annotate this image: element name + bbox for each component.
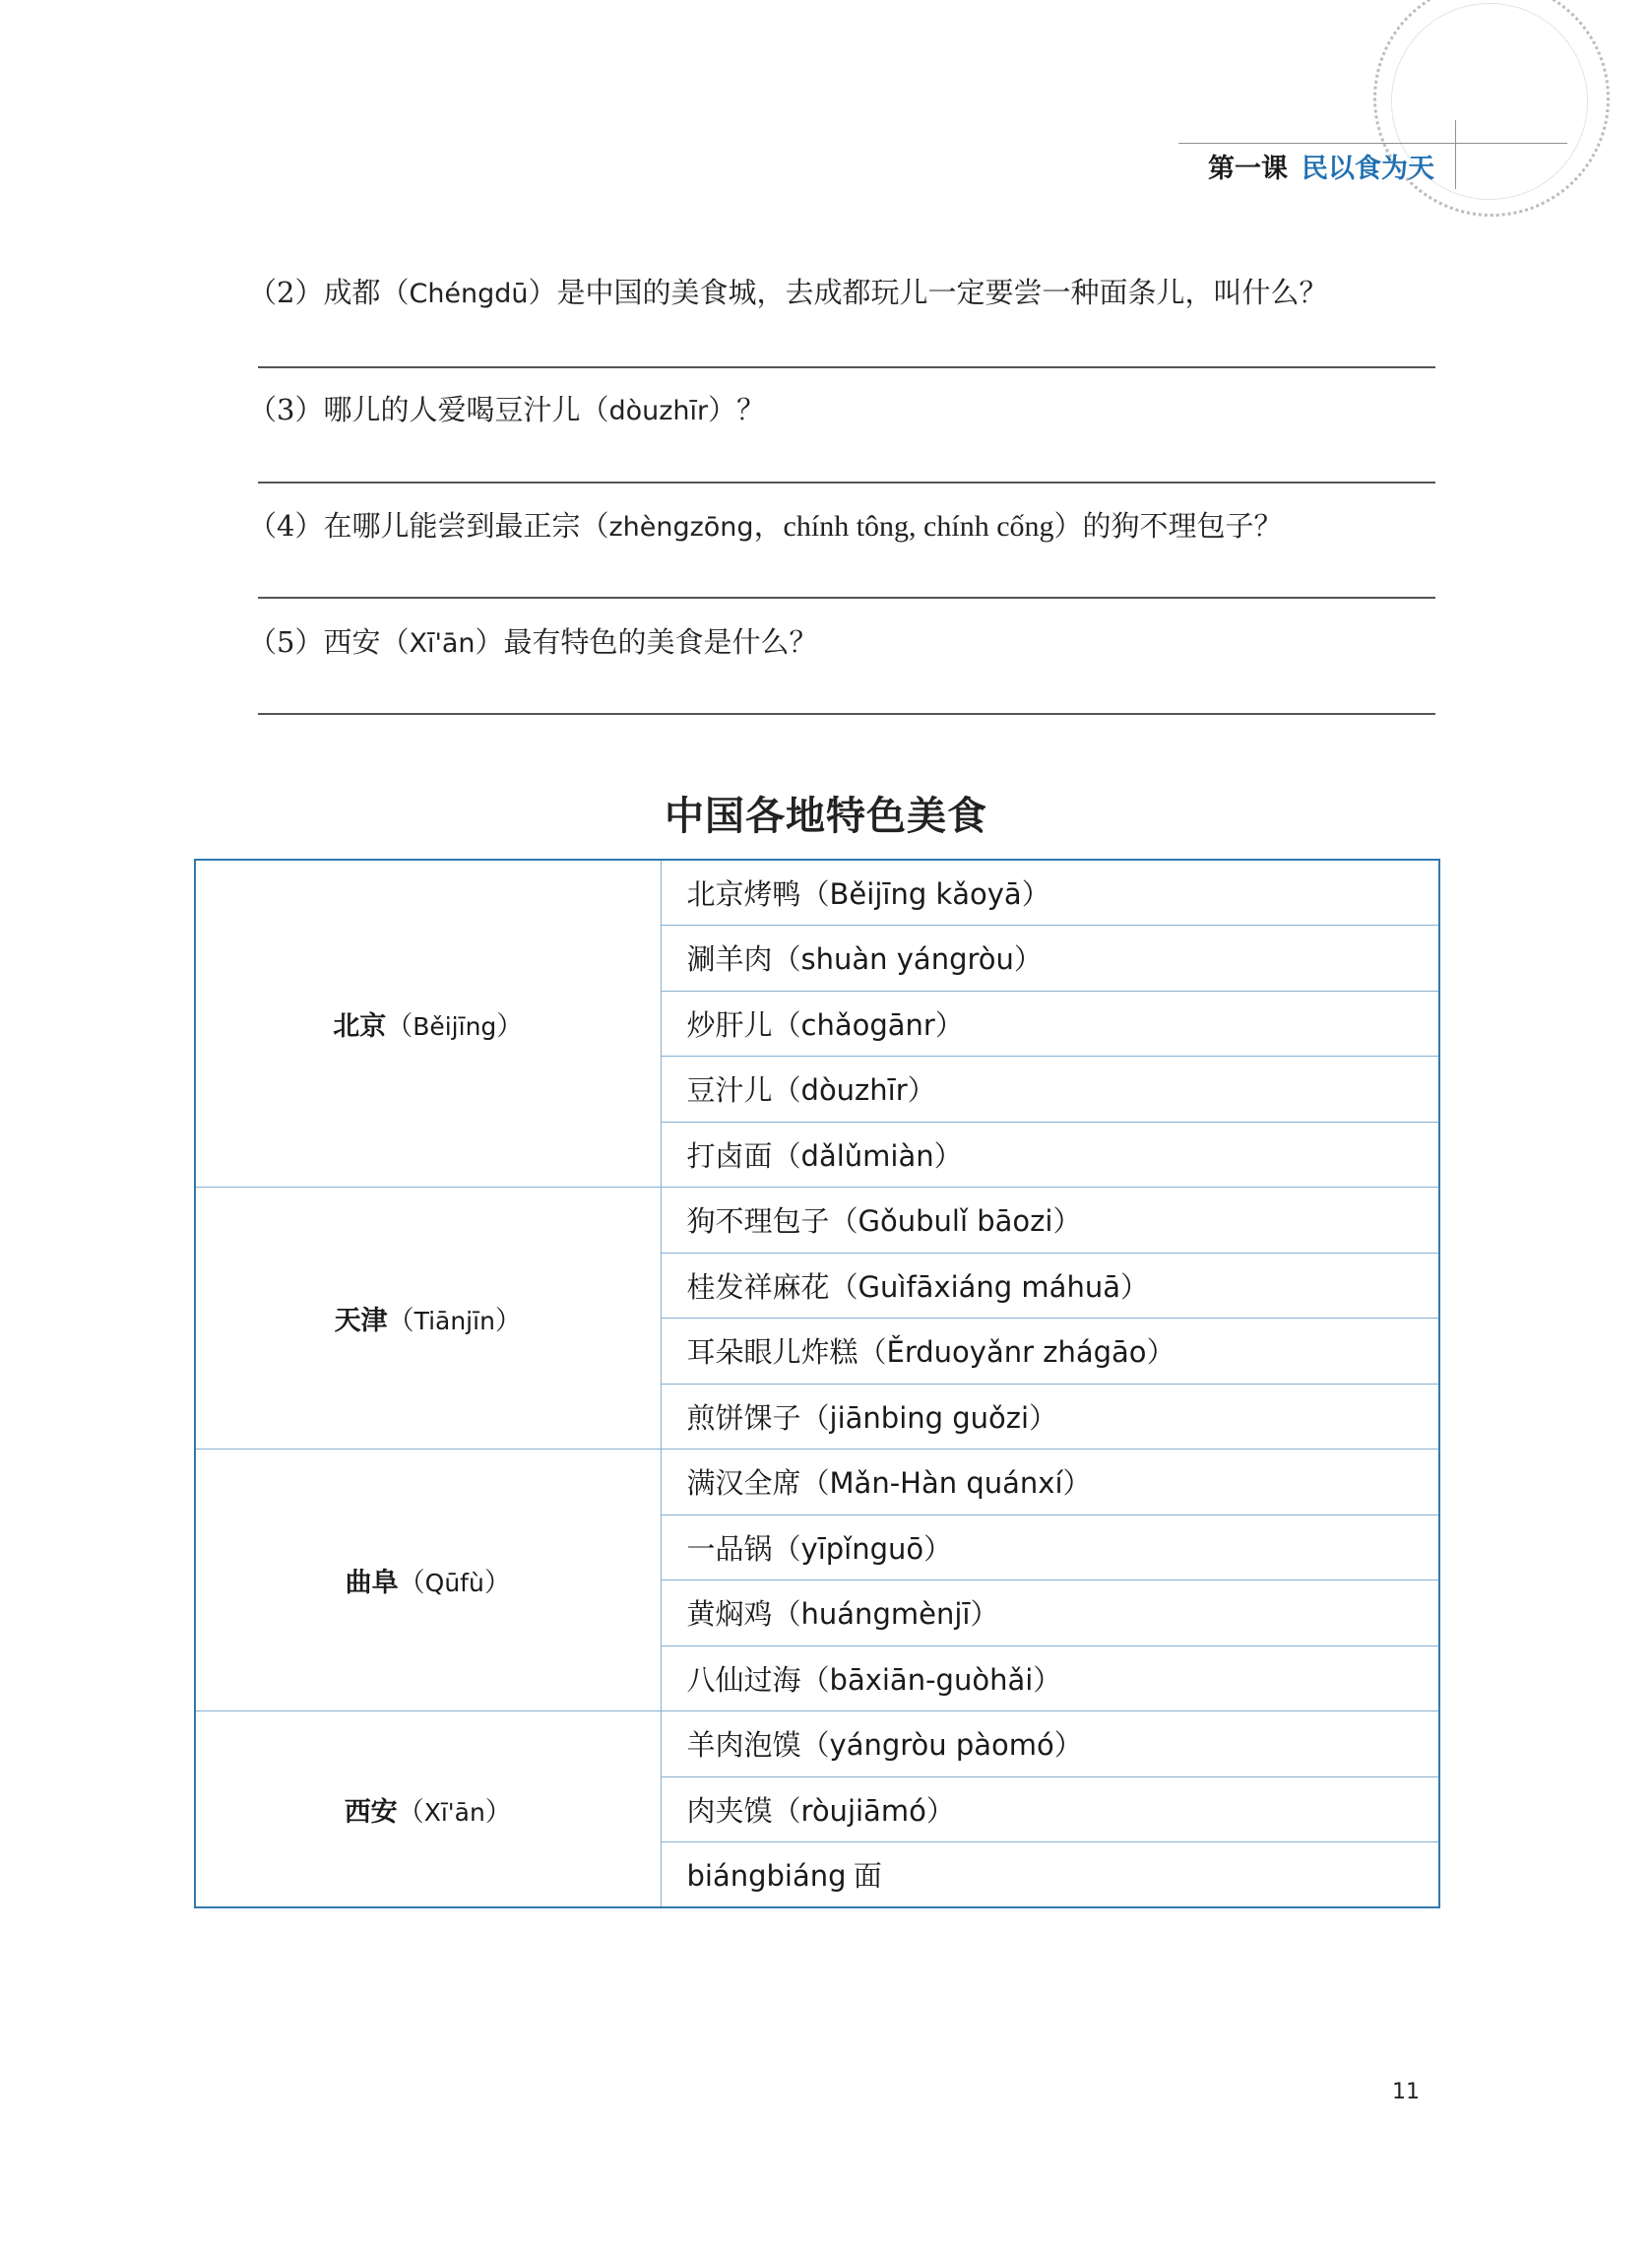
region-name: 天津: [335, 1306, 388, 1336]
question-pinyin: zhèngzōng: [608, 512, 753, 543]
region-cell-qufu: 曲阜（Qūfù）: [195, 1450, 661, 1711]
paren: ）: [1054, 1728, 1083, 1762]
dish-name: 羊肉泡馍: [687, 1728, 801, 1762]
table-row: 北京（Běijīng） 北京烤鸭（Běijīng kǎoyā）: [195, 860, 1439, 926]
question-5: （5）西安（Xī'ān）最有特色的美食是什么？: [248, 622, 818, 664]
regional-food-table: 北京（Běijīng） 北京烤鸭（Běijīng kǎoyā） 涮羊肉（shuà…: [194, 859, 1440, 1908]
paren: （: [801, 1466, 830, 1500]
dish-name: 八仙过海: [687, 1663, 801, 1697]
paren: ）: [1120, 1270, 1149, 1304]
dish-name: 面: [854, 1859, 882, 1893]
dish-pinyin: yángròu pàomó: [830, 1728, 1054, 1762]
question-text: ）的狗不理包子？: [1054, 509, 1283, 543]
region-pinyin: Xī'ān: [424, 1798, 485, 1827]
paren: （: [858, 1335, 887, 1369]
region-name: 曲阜: [346, 1568, 399, 1598]
table-row: 西安（Xī'ān） 羊肉泡馍（yángròu pàomó）: [195, 1711, 1439, 1777]
region-paren: （: [398, 1797, 424, 1828]
dish-cell: 涮羊肉（shuàn yángròu）: [661, 926, 1439, 992]
paren: ）: [923, 1532, 952, 1566]
dish-pinyin: Guìfāxiáng máhuā: [858, 1270, 1120, 1304]
paren: ）: [1022, 877, 1050, 911]
region-pinyin: Qūfù: [425, 1569, 484, 1597]
paren: （: [830, 1270, 858, 1304]
region-name: 西安: [345, 1797, 398, 1828]
paren: （: [773, 1008, 801, 1042]
dish-name: 黄焖鸡: [687, 1597, 773, 1631]
lesson-number: 第一课: [1208, 154, 1288, 184]
dish-cell: 羊肉泡馍（yángròu pàomó）: [661, 1711, 1439, 1777]
paren: （: [773, 1073, 801, 1107]
dish-pinyin: Gǒubulǐ bāozi: [858, 1204, 1053, 1238]
region-cell-xian: 西安（Xī'ān）: [195, 1711, 661, 1908]
answer-line-4[interactable]: [258, 597, 1435, 599]
question-pinyin: Xī'ān: [409, 628, 475, 659]
paren: （: [773, 1794, 801, 1828]
answer-line-2[interactable]: [258, 366, 1435, 368]
paren: ）: [1147, 1335, 1175, 1369]
paren: ）: [1014, 942, 1043, 976]
header-rule-vertical: [1455, 120, 1456, 189]
dish-name: 桂发祥麻花: [687, 1270, 830, 1304]
question-2: （2）成都（Chéngdū）是中国的美食城，去成都玩儿一定要尝一种面条儿，叫什么…: [248, 273, 1328, 314]
lesson-heading: 第一课民以食为天: [1208, 153, 1434, 186]
dish-cell: 狗不理包子（Gǒubulǐ bāozi）: [661, 1188, 1439, 1254]
dish-pinyin: Mǎn-Hàn quánxí: [830, 1466, 1063, 1500]
dish-pinyin: chǎogānr: [801, 1008, 935, 1042]
paren: （: [773, 942, 801, 976]
region-cell-beijing: 北京（Běijīng）: [195, 860, 661, 1188]
question-pinyin: Chéngdū: [409, 279, 528, 309]
region-name: 北京: [333, 1011, 386, 1042]
table-row: 天津（Tiānjīn） 狗不理包子（Gǒubulǐ bāozi）: [195, 1188, 1439, 1254]
question-number: （2）: [248, 276, 323, 309]
dish-pinyin: biángbiáng: [687, 1859, 847, 1893]
dish-name: 炒肝儿: [687, 1008, 773, 1042]
dish-cell: 耳朵眼儿炸糕（Ěrduoyǎnr zhágāo）: [661, 1319, 1439, 1385]
paren: ）: [1029, 1401, 1057, 1435]
paren: （: [801, 1663, 830, 1697]
dish-pinyin: yīpǐnguō: [801, 1532, 924, 1566]
dish-cell: 豆汁儿（dòuzhīr）: [661, 1057, 1439, 1123]
dish-cell: 满汉全席（Mǎn-Hàn quánxí）: [661, 1450, 1439, 1515]
dish-pinyin: jiānbing guǒzi: [830, 1401, 1030, 1435]
dish-pinyin: bāxiān-guòhǎi: [830, 1663, 1034, 1697]
paren: （: [773, 1532, 801, 1566]
paren: ）: [1033, 1663, 1061, 1697]
region-pinyin: Běijīng: [413, 1012, 496, 1041]
page-number: 11: [1392, 2080, 1420, 2104]
paren: ）: [926, 1794, 955, 1828]
lesson-title: 民以食为天: [1302, 154, 1434, 184]
paren: （: [773, 1597, 801, 1631]
dish-name: 煎饼馃子: [687, 1401, 801, 1435]
paren: ）: [908, 1073, 936, 1107]
region-paren: （: [386, 1011, 413, 1042]
dish-pinyin: Ěrduoyǎnr zhágāo: [887, 1335, 1147, 1369]
header-rule-horizontal: [1178, 143, 1567, 144]
paren: （: [773, 1139, 801, 1173]
dish-name: 涮羊肉: [687, 942, 773, 976]
dish-name: 一品锅: [687, 1532, 773, 1566]
paren: （: [801, 1728, 830, 1762]
question-text: ）是中国的美食城，去成都玩儿一定要尝一种面条儿，叫什么？: [529, 276, 1328, 309]
dish-pinyin: huángmènjī: [801, 1597, 971, 1631]
question-text: 在哪儿能尝到最正宗（: [323, 509, 608, 543]
question-text: 西安（: [323, 625, 409, 659]
dish-cell: 打卤面（dǎlǔmiàn）: [661, 1122, 1439, 1188]
region-paren: ）: [496, 1011, 523, 1042]
paren: （: [801, 1401, 830, 1435]
region-cell-tianjin: 天津（Tiānjīn）: [195, 1188, 661, 1450]
dish-cell: 桂发祥麻花（Guìfāxiáng máhuā）: [661, 1253, 1439, 1319]
region-paren: ）: [485, 1797, 512, 1828]
dish-cell: 煎饼馃子（jiānbing guǒzi）: [661, 1384, 1439, 1450]
question-3: （3）哪儿的人爱喝豆汁儿（dòuzhīr）？: [248, 390, 765, 431]
answer-line-3[interactable]: [258, 482, 1435, 484]
question-vietnamese-gloss: ，chính tông, chính cống: [754, 510, 1054, 543]
question-number: （5）: [248, 625, 323, 659]
paren: ）: [1052, 1204, 1081, 1238]
dish-cell: biángbiáng 面: [661, 1842, 1439, 1908]
dish-cell: 炒肝儿（chǎogānr）: [661, 991, 1439, 1057]
dish-cell: 北京烤鸭（Běijīng kǎoyā）: [661, 860, 1439, 926]
dish-pinyin: ròujiāmó: [801, 1794, 926, 1828]
dish-pinyin: Běijīng kǎoyā: [830, 877, 1022, 911]
dish-cell: 黄焖鸡（huángmènjī）: [661, 1580, 1439, 1646]
paren: （: [830, 1204, 858, 1238]
dish-cell: 一品锅（yīpǐnguō）: [661, 1515, 1439, 1580]
region-paren: （: [388, 1306, 414, 1336]
question-text: 哪儿的人爱喝豆汁儿（: [323, 393, 608, 426]
region-paren: （: [399, 1568, 425, 1598]
answer-line-5[interactable]: [258, 713, 1435, 715]
region-paren: ）: [484, 1568, 511, 1598]
dish-name: 狗不理包子: [687, 1204, 830, 1238]
question-text: ）最有特色的美食是什么？: [476, 625, 818, 659]
paren: ）: [935, 1008, 964, 1042]
dish-pinyin: dòuzhīr: [801, 1073, 908, 1107]
question-pinyin: dòuzhīr: [608, 396, 708, 426]
dish-cell: 肉夹馍（ròujiāmó）: [661, 1776, 1439, 1842]
dish-name: 北京烤鸭: [687, 877, 801, 911]
region-paren: ）: [495, 1306, 522, 1336]
table-row: 曲阜（Qūfù） 满汉全席（Mǎn-Hàn quánxí）: [195, 1450, 1439, 1515]
question-text: 成都（: [323, 276, 409, 309]
paren: ）: [970, 1597, 998, 1631]
dish-pinyin: dǎlǔmiàn: [801, 1139, 934, 1173]
question-number: （4）: [248, 509, 323, 543]
paren: ）: [934, 1139, 963, 1173]
dish-pinyin: shuàn yángròu: [801, 942, 1014, 976]
question-number: （3）: [248, 393, 323, 426]
dish-cell: 八仙过海（bāxiān-guòhǎi）: [661, 1645, 1439, 1711]
table-title: 中国各地特色美食: [0, 793, 1652, 840]
paren: ）: [1063, 1466, 1092, 1500]
dish-name: 打卤面: [687, 1139, 773, 1173]
paren: （: [801, 877, 830, 911]
dish-name: 豆汁儿: [687, 1073, 773, 1107]
question-4: （4）在哪儿能尝到最正宗（zhèngzōng，chính tông, chính…: [248, 506, 1283, 548]
region-pinyin: Tiānjīn: [414, 1307, 495, 1335]
dish-name: 耳朵眼儿炸糕: [687, 1335, 858, 1369]
question-text: ）？: [708, 393, 765, 426]
dish-name: 满汉全席: [687, 1466, 801, 1500]
dish-name: 肉夹馍: [687, 1794, 773, 1828]
